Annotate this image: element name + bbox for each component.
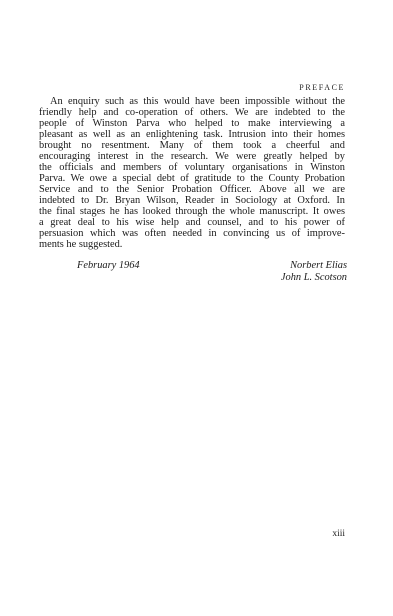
- paragraph-line: Service and to the Senior Probation Offi…: [39, 184, 345, 195]
- paragraph-line: persuasion which was often needed in con…: [39, 228, 345, 239]
- paragraph-line: encouraging interest in the research. We…: [39, 151, 345, 162]
- signature-row: February 1964 Norbert Elias John L. Scot…: [39, 260, 347, 283]
- paragraph-line: people of Winston Parva who helped to ma…: [39, 118, 345, 129]
- paragraph-line: friendly help and co-operation of others…: [39, 107, 345, 118]
- preface-paragraph: An enquiry such as this would have been …: [39, 96, 345, 250]
- paragraph-line: indebted to Dr. Bryan Wilson, Reader in …: [39, 195, 345, 206]
- author-name: Norbert Elias: [281, 260, 347, 272]
- paragraph-line: a great deal to his wise help and counse…: [39, 217, 345, 228]
- paragraph-line: An enquiry such as this would have been …: [39, 96, 345, 107]
- running-head: PREFACE: [299, 83, 345, 92]
- signature-date: February 1964: [77, 260, 140, 272]
- paragraph-line: Parva. We owe a special debt of gratitud…: [39, 173, 345, 184]
- paragraph-line: the officials and members of voluntary o…: [39, 162, 345, 173]
- book-page: PREFACE An enquiry such as this would ha…: [0, 0, 393, 616]
- paragraph-line: the final stages he has looked through t…: [39, 206, 345, 217]
- paragraph-line: pleasant as well as an enlightening task…: [39, 129, 345, 140]
- paragraph-line: brought no resentment. Many of them took…: [39, 140, 345, 151]
- paragraph-line: ments he suggested.: [39, 239, 345, 250]
- author-name: John L. Scotson: [281, 272, 347, 284]
- signature-authors: Norbert Elias John L. Scotson: [281, 260, 347, 283]
- page-number: xiii: [332, 529, 345, 539]
